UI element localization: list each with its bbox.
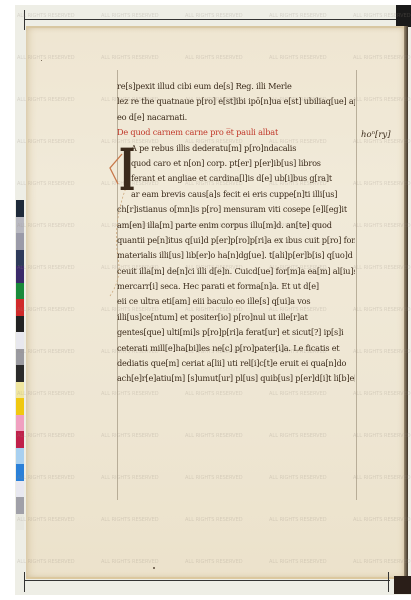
ruler-tick: [24, 572, 25, 592]
ruler-tick: [24, 10, 25, 30]
scan-corner-marker: [396, 5, 411, 27]
text-line: mercarr[i] seca. Hec parati et forma[n]a…: [117, 279, 355, 294]
color-swatch: [16, 398, 24, 415]
color-swatch: [16, 200, 24, 217]
color-swatch: [16, 283, 24, 300]
color-swatch: [16, 382, 24, 399]
text-line: ceuit illa[m] de[n]ci illi d[e]n. Cuicd[…: [117, 264, 355, 279]
text-line: ach[e]r[e]atiu[m] [s]umut[ur] pl[us] qui…: [117, 371, 355, 386]
text-column: re[s]pexit illud cibi eum de[s] Reg. ill…: [117, 79, 355, 387]
color-swatch: [16, 266, 24, 283]
color-swatch: [16, 497, 24, 514]
color-swatch: [16, 481, 24, 498]
text-line: eii ce ultra eti[am] eiii baculo eo ille…: [117, 294, 355, 309]
text-line: illi[us]ce[ntum] et positer[io] p[ro]nul…: [117, 310, 355, 325]
color-swatch: [16, 464, 24, 481]
color-swatch: [16, 448, 24, 465]
color-swatch: [16, 415, 24, 432]
text-line: eo d[e] nacarnati.: [117, 110, 355, 125]
color-swatch: [16, 233, 24, 250]
ink-speck: [153, 567, 155, 569]
text-line: materialis illi[us] lib[er]o ha[n]dg[ue]…: [117, 248, 355, 263]
color-swatch: [16, 250, 24, 267]
text-line: quantii pe[n]itus q[ui]d p[er]p[ro]p[ri]…: [117, 233, 355, 248]
text-line: dediatis que[m] ceriat a[lii] uti rel[i]…: [117, 356, 355, 371]
ink-speck: [41, 60, 42, 61]
color-swatch: [16, 316, 24, 333]
color-swatch: [16, 365, 24, 382]
text-line: gentes[que] ulti[mi]s p[ro]p[ri]a ferat[…: [117, 325, 355, 340]
text-line: ar eam brevis caus[a]s fecit ei eris cup…: [117, 187, 355, 202]
color-swatch: [16, 299, 24, 316]
color-swatch: [16, 514, 24, 531]
rubric-heading: De quod carnem carne pro e̅t pauli albat: [117, 125, 355, 140]
ruler-tick: [388, 572, 389, 592]
text-line: ch[r]istianus o[mn]is p[ro] mensuram vit…: [117, 202, 355, 217]
scan-corner-marker: [394, 576, 411, 594]
text-line: quod caro et n[on] corp. pt[er] p[er]ib[…: [117, 156, 355, 171]
text-line: ceterati mill[e]ha[bi]les ne[c] p[ro]pat…: [117, 341, 355, 356]
color-swatch: [16, 217, 24, 234]
folio-edge-shadow: [404, 26, 408, 578]
ruler-line-top: [24, 19, 396, 20]
color-swatch: [16, 349, 24, 366]
color-calibration-strip: [16, 200, 24, 530]
marginal-note: hoⁿ[ry]: [361, 130, 391, 140]
ruler-line-bottom: [24, 580, 390, 581]
color-swatch: [16, 431, 24, 448]
text-line: lez re the quatnaue p[ro] e[st]ibi ipō[n…: [117, 94, 355, 109]
text-line: am[en] illa[m] parte enim corpus illu[m]…: [117, 218, 355, 233]
text-line: re[s]pexit illud cibi eum de[s] Reg. ill…: [117, 79, 355, 94]
text-line: ferant et angliae et cardina[l]is d[e] u…: [117, 171, 355, 186]
text-line: A pe rebus illis dederatu[m] p[ro]ndacal…: [117, 141, 355, 156]
ruling-line-right: [356, 70, 357, 500]
color-swatch: [16, 332, 24, 349]
